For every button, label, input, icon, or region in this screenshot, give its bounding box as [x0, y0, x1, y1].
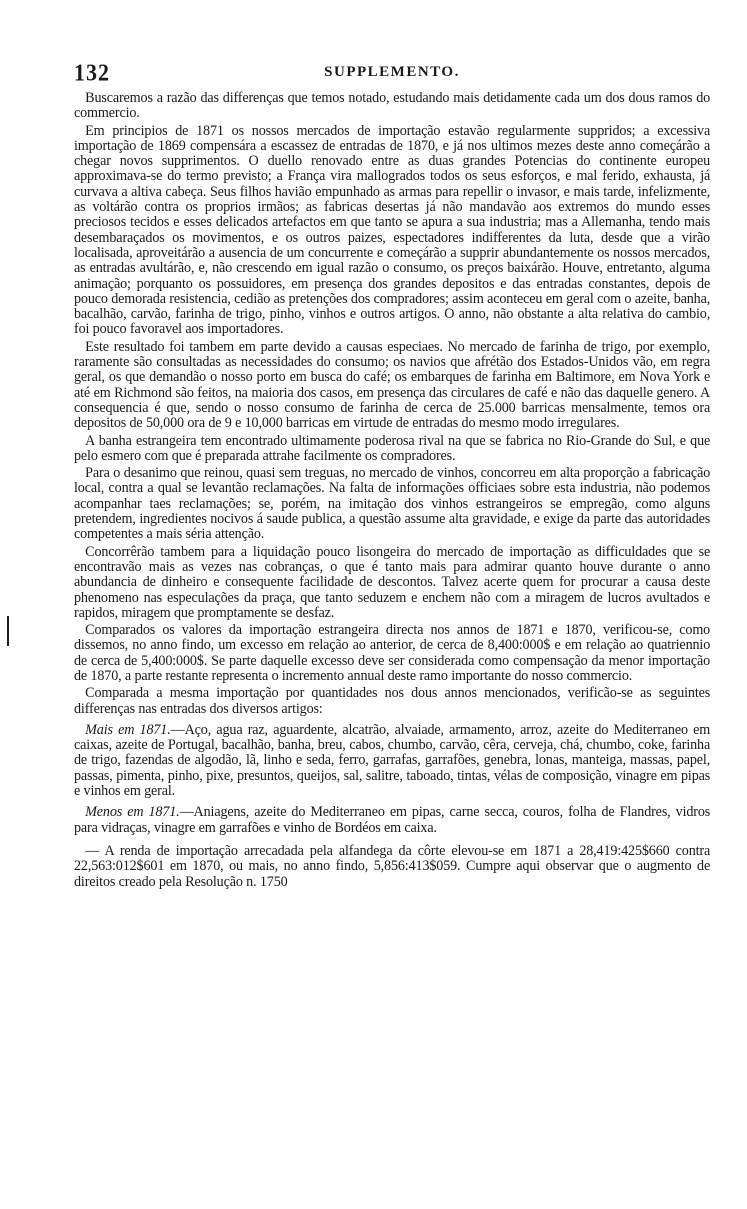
- page-body: Buscaremos a razão das differenças que t…: [74, 90, 710, 889]
- paragraph: Comparados os valores da importação estr…: [74, 622, 710, 683]
- paragraph: Comparada a mesma importação por quantid…: [74, 685, 710, 716]
- page-header: 132 SUPPLEMENTO.: [74, 60, 710, 90]
- paragraph: Em principios de 1871 os nossos mercados…: [74, 123, 710, 337]
- page: 132 SUPPLEMENTO. Buscaremos a razão das …: [74, 60, 710, 891]
- margin-mark: [7, 616, 9, 646]
- closing-paragraph: — A renda de importação arrecadada pela …: [74, 843, 710, 889]
- paragraph: Concorrêrão tambem para a liquidação pou…: [74, 544, 710, 620]
- running-title: SUPPLEMENTO.: [74, 64, 710, 81]
- list-item-less: Menos em 1871.—Aniagens, azeite do Medit…: [74, 804, 710, 835]
- list-item-more: Mais em 1871.—Aço, agua raz, aguardente,…: [74, 722, 710, 798]
- paragraph: Para o desanimo que reinou, quasi sem tr…: [74, 465, 710, 541]
- paragraph: A banha estrangeira tem encontrado ultim…: [74, 433, 710, 464]
- paragraph: Este resultado foi tambem em parte devid…: [74, 339, 710, 431]
- paragraph: Buscaremos a razão das differenças que t…: [74, 90, 710, 121]
